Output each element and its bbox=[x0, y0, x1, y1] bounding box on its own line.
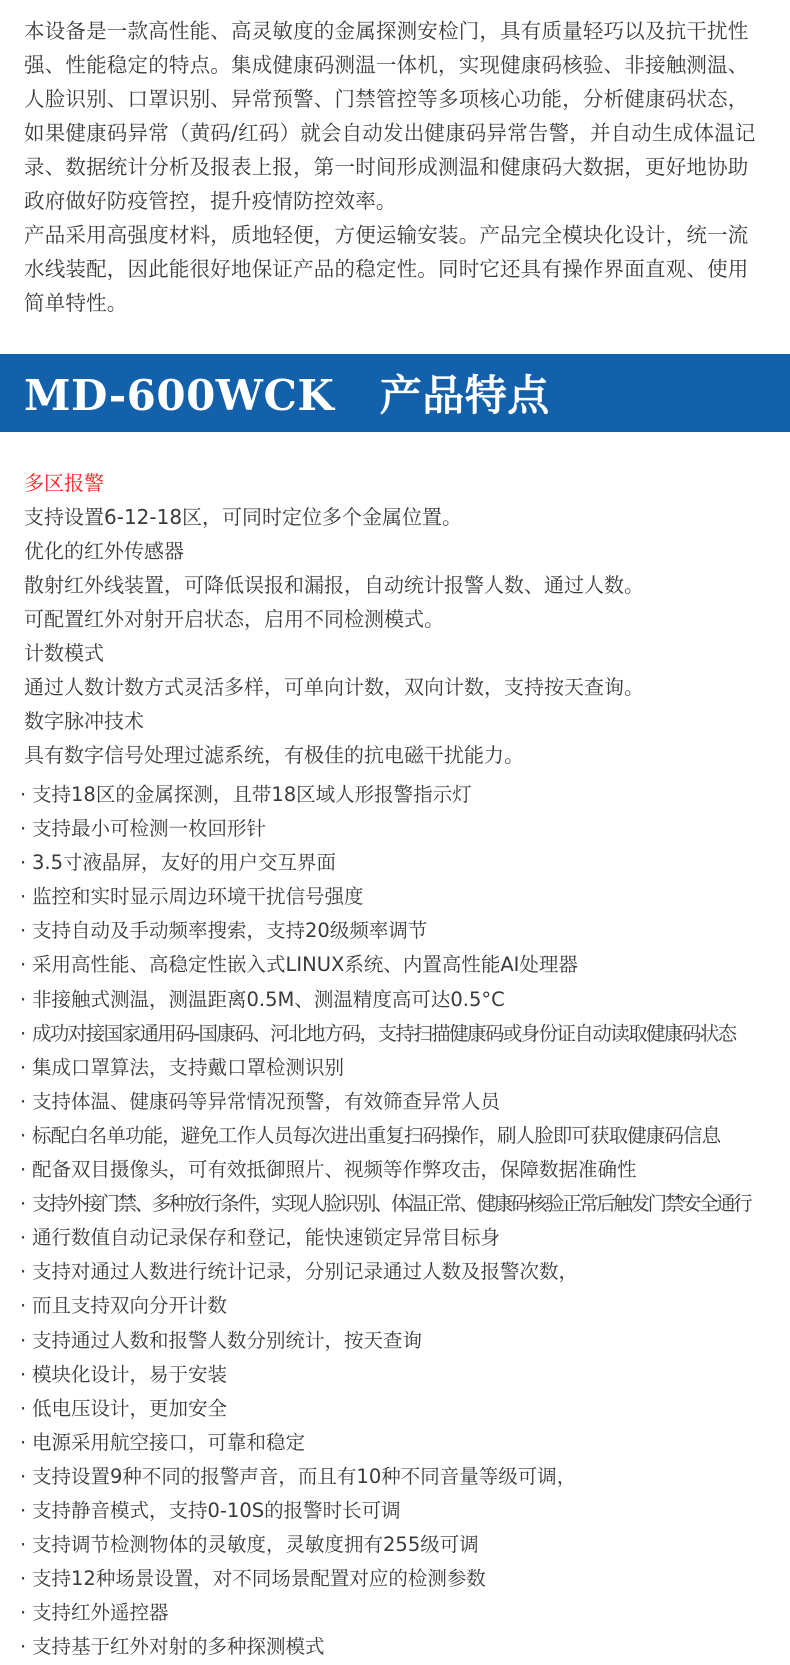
list-item-text: 支持红外遥控器 bbox=[32, 1601, 169, 1624]
bullet-marker: · bbox=[20, 1596, 32, 1630]
list-item-text: 集成口罩算法，支持戴口罩检测识别 bbox=[32, 1056, 344, 1079]
list-item-text: 支持对通过人数进行统计记录，分别记录通过人数及报警次数， bbox=[32, 1260, 578, 1283]
feature-heading: 数字脉冲技术 bbox=[24, 704, 774, 738]
list-item-text: 监控和实时显示周边环境干扰信号强度 bbox=[32, 885, 364, 908]
feature-heading-multizone-alarm: 多区报警 bbox=[24, 466, 774, 500]
bullet-marker: · bbox=[20, 914, 32, 948]
bullet-marker: · bbox=[20, 948, 32, 982]
bullet-marker: · bbox=[20, 1562, 32, 1596]
feature-line: 散射红外线装置，可降低误报和漏报，自动统计报警人数、通过人数。 bbox=[24, 568, 774, 602]
list-item: ·支持静音模式，支持0-10S的报警时长可调 bbox=[20, 1494, 790, 1528]
list-item-text: 支持通过人数和报警人数分别统计，按天查询 bbox=[32, 1329, 422, 1352]
list-item: ·支持对通过人数进行统计记录，分别记录通过人数及报警次数， bbox=[20, 1255, 790, 1289]
list-item: ·支持调节检测物体的灵敏度，灵敏度拥有255级可调 bbox=[20, 1528, 790, 1562]
list-item: ·支持外接门禁、多种放行条件，实现人脸识别、体温正常、健康码核验正常后触发门禁安… bbox=[20, 1187, 790, 1221]
list-item-text: 而且支持双向分开计数 bbox=[32, 1294, 227, 1317]
list-item-text: 支持体温、健康码等异常情况预警，有效筛查异常人员 bbox=[32, 1090, 500, 1113]
list-item-text: 支持调节检测物体的灵敏度，灵敏度拥有255级可调 bbox=[32, 1533, 479, 1556]
list-item: ·非接触式测温，测温距离0.5M、测温精度高可达0.5°C bbox=[20, 983, 790, 1017]
bullet-marker: · bbox=[20, 1221, 32, 1255]
list-item: ·低电压设计，更加安全 bbox=[20, 1392, 790, 1426]
bullet-marker: · bbox=[20, 1017, 32, 1051]
bullet-marker: · bbox=[20, 1494, 32, 1528]
bullet-marker: · bbox=[20, 1085, 32, 1119]
bullet-marker: · bbox=[20, 1289, 32, 1323]
list-item: ·成功对接国家通用码-国康码、河北地方码，支持扫描健康码或身份证自动读取健康码状… bbox=[20, 1017, 790, 1051]
list-item: ·集成口罩算法，支持戴口罩检测识别 bbox=[20, 1051, 790, 1085]
bullet-marker: · bbox=[20, 1051, 32, 1085]
list-item-text: 通行数值自动记录保存和登记，能快速锁定异常目标身 bbox=[32, 1226, 500, 1249]
list-item-text: 非接触式测温，测温距离0.5M、测温精度高可达0.5°C bbox=[32, 988, 505, 1011]
banner-title: MD-600WCK 产品特点 bbox=[24, 363, 550, 423]
list-item: ·采用高性能、高稳定性嵌入式LINUX系统、内置高性能AI处理器 bbox=[20, 948, 790, 982]
list-item: ·电源采用航空接口，可靠和稳定 bbox=[20, 1426, 790, 1460]
features-section: 多区报警 支持设置6-12-18区，可同时定位多个金属位置。 优化的红外传感器 … bbox=[24, 466, 774, 772]
list-item-text: 模块化设计，易于安装 bbox=[32, 1363, 227, 1386]
feature-heading: 优化的红外传感器 bbox=[24, 534, 774, 568]
bullet-marker: · bbox=[20, 1187, 32, 1221]
bullet-marker: · bbox=[20, 1358, 32, 1392]
list-item-text: 3.5寸液晶屏，友好的用户交互界面 bbox=[32, 851, 336, 874]
feature-line: 支持设置6-12-18区，可同时定位多个金属位置。 bbox=[24, 500, 774, 534]
list-item: ·支持最小可检测一枚回形针 bbox=[20, 812, 790, 846]
list-item: ·通行数值自动记录保存和登记，能快速锁定异常目标身 bbox=[20, 1221, 790, 1255]
list-item-text: 配备双目摄像头，可有效抵御照片、视频等作弊攻击，保障数据准确性 bbox=[32, 1158, 637, 1181]
bullet-marker: · bbox=[20, 1426, 32, 1460]
bullet-marker: · bbox=[20, 1153, 32, 1187]
list-item: ·支持设置9种不同的报警声音，而且有10种不同音量等级可调， bbox=[20, 1460, 790, 1494]
list-item: ·模块化设计，易于安装 bbox=[20, 1358, 790, 1392]
list-item-text: 低电压设计，更加安全 bbox=[32, 1397, 227, 1420]
bullet-marker: · bbox=[20, 1460, 32, 1494]
list-item-text: 支持自动及手动频率搜索，支持20级频率调节 bbox=[32, 919, 427, 942]
list-item: ·支持红外遥控器 bbox=[20, 1596, 790, 1630]
section-banner: MD-600WCK 产品特点 bbox=[0, 354, 790, 432]
feature-line: 通过人数计数方式灵活多样，可单向计数，双向计数，支持按天查询。 bbox=[24, 670, 774, 704]
bullet-marker: · bbox=[20, 812, 32, 846]
list-item-text: 采用高性能、高稳定性嵌入式LINUX系统、内置高性能AI处理器 bbox=[32, 953, 578, 976]
bullet-marker: · bbox=[20, 1255, 32, 1289]
bullet-list: ·支持18区的金属探测，且带18区域人形报警指示灯 ·支持最小可检测一枚回形针 … bbox=[20, 778, 790, 1664]
feature-line: 具有数字信号处理过滤系统，有极佳的抗电磁干扰能力。 bbox=[24, 738, 774, 772]
list-item-text: 标配白名单功能，避免工作人员每次进出重复扫码操作，刷人脸即可获取健康码信息 bbox=[32, 1124, 720, 1147]
feature-line: 可配置红外对射开启状态，启用不同检测模式。 bbox=[24, 602, 774, 636]
bullet-marker: · bbox=[20, 880, 32, 914]
list-item-text: 电源采用航空接口，可靠和稳定 bbox=[32, 1431, 305, 1454]
list-item-text: 支持18区的金属探测，且带18区域人形报警指示灯 bbox=[32, 783, 472, 806]
bullet-marker: · bbox=[20, 1630, 32, 1664]
bullet-marker: · bbox=[20, 846, 32, 880]
list-item: ·配备双目摄像头，可有效抵御照片、视频等作弊攻击，保障数据准确性 bbox=[20, 1153, 790, 1187]
list-item-text: 支持静音模式，支持0-10S的报警时长可调 bbox=[32, 1499, 401, 1522]
list-item: ·支持通过人数和报警人数分别统计，按天查询 bbox=[20, 1324, 790, 1358]
list-item: ·支持12种场景设置，对不同场景配置对应的检测参数 bbox=[20, 1562, 790, 1596]
list-item-text: 支持设置9种不同的报警声音，而且有10种不同音量等级可调， bbox=[32, 1465, 576, 1488]
bullet-marker: · bbox=[20, 1324, 32, 1358]
list-item: ·支持体温、健康码等异常情况预警，有效筛查异常人员 bbox=[20, 1085, 790, 1119]
list-item: ·支持18区的金属探测，且带18区域人形报警指示灯 bbox=[20, 778, 790, 812]
bullet-marker: · bbox=[20, 1528, 32, 1562]
list-item-text: 成功对接国家通用码-国康码、河北地方码，支持扫描健康码或身份证自动读取健康码状态 bbox=[32, 1022, 736, 1045]
list-item: ·标配白名单功能，避免工作人员每次进出重复扫码操作，刷人脸即可获取健康码信息 bbox=[20, 1119, 790, 1153]
feature-heading: 计数模式 bbox=[24, 636, 774, 670]
list-item-text: 支持12种场景设置，对不同场景配置对应的检测参数 bbox=[32, 1567, 486, 1590]
intro-section: 本设备是一款高性能、高灵敏度的金属探测安检门，具有质量轻巧以及抗干扰性强、性能稳… bbox=[24, 14, 768, 320]
intro-paragraph: 本设备是一款高性能、高灵敏度的金属探测安检门，具有质量轻巧以及抗干扰性强、性能稳… bbox=[24, 14, 768, 218]
list-item-text: 支持基于红外对射的多种探测模式 bbox=[32, 1635, 325, 1658]
bullet-marker: · bbox=[20, 1392, 32, 1426]
list-item: ·3.5寸液晶屏，友好的用户交互界面 bbox=[20, 846, 790, 880]
bullet-marker: · bbox=[20, 1119, 32, 1153]
list-item: ·监控和实时显示周边环境干扰信号强度 bbox=[20, 880, 790, 914]
bullet-marker: · bbox=[20, 778, 32, 812]
list-item-text: 支持最小可检测一枚回形针 bbox=[32, 817, 266, 840]
list-item-text: 支持外接门禁、多种放行条件，实现人脸识别、体温正常、健康码核验正常后触发门禁安全… bbox=[32, 1192, 750, 1215]
list-item: ·支持自动及手动频率搜索，支持20级频率调节 bbox=[20, 914, 790, 948]
list-item: ·支持基于红外对射的多种探测模式 bbox=[20, 1630, 790, 1664]
list-item: ·而且支持双向分开计数 bbox=[20, 1289, 790, 1323]
intro-paragraph: 产品采用高强度材料，质地轻便，方便运输安装。产品完全模块化设计，统一流水线装配，… bbox=[24, 218, 768, 320]
bullet-marker: · bbox=[20, 983, 32, 1017]
